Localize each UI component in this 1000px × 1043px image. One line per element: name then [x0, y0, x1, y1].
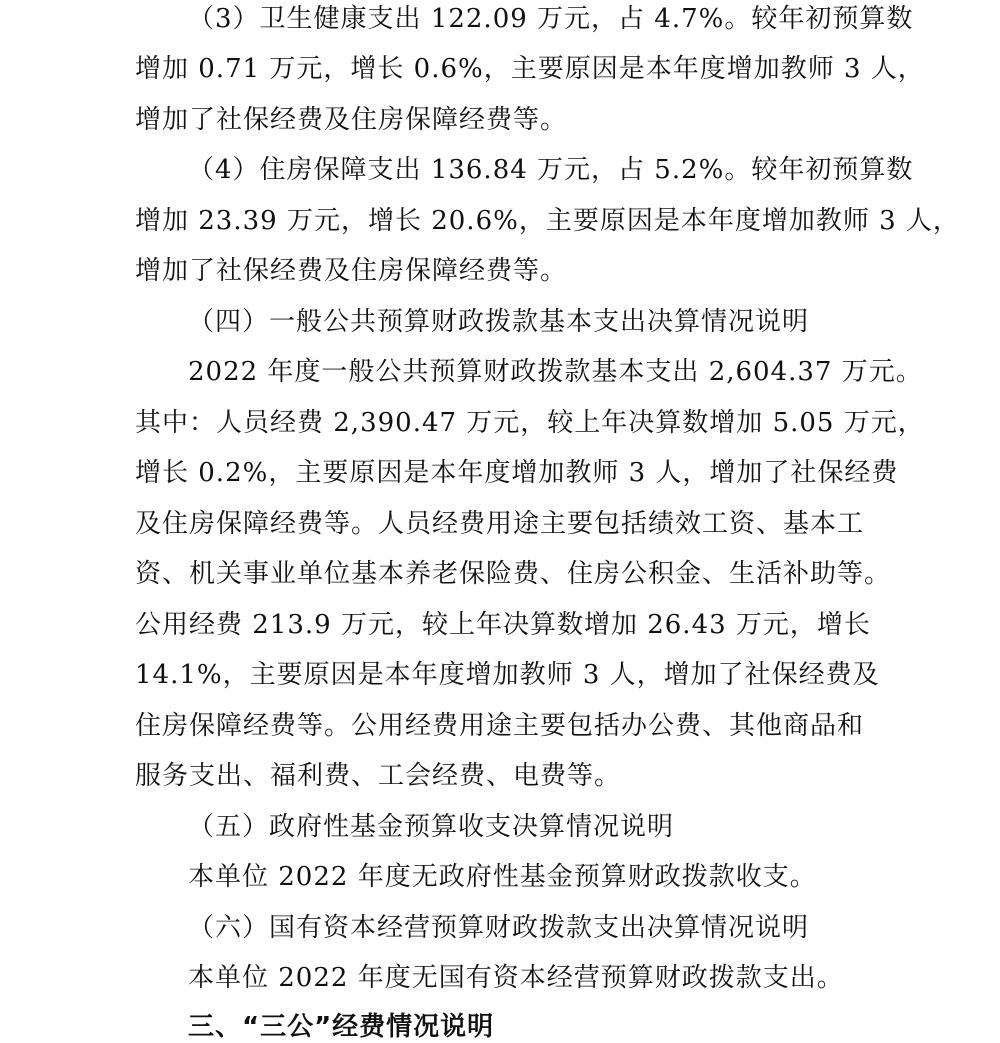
subsection-heading: （六）国有资本经营预算财政拨款支出决算情况说明: [188, 911, 809, 945]
paragraph-line: 住房保障经费等。公用经费用途主要包括办公费、其他商品和: [135, 709, 864, 743]
paragraph-line: 其中：人员经费 2,390.47 万元，较上年决算数增加 5.05 万元，: [135, 406, 925, 440]
paragraph-line: 服务支出、福利费、工会经费、电费等。: [135, 759, 621, 793]
subsection-heading: （五）政府性基金预算收支决算情况说明: [188, 810, 674, 844]
paragraph-line: 增加了社保经费及住房保障经费等。: [135, 103, 567, 137]
paragraph-line: 增长 0.2%，主要原因是本年度增加教师 3 人，增加了社保经费: [135, 456, 898, 490]
paragraph-line: 增加 23.39 万元，增长 20.6%，主要原因是本年度增加教师 3 人，: [135, 204, 960, 238]
section-heading: 三、“三公”经费情况说明: [188, 1010, 494, 1043]
paragraph-line: 公用经费 213.9 万元，较上年决算数增加 26.43 万元，增长: [135, 608, 871, 642]
paragraph-line: 本单位 2022 年度无政府性基金预算财政拨款收支。: [188, 860, 817, 894]
paragraph-line: 14.1%，主要原因是本年度增加教师 3 人，增加了社保经费及: [135, 658, 880, 692]
paragraph-line: 资、机关事业单位基本养老保险费、住房公积金、生活补助等。: [135, 557, 891, 591]
paragraph-line: 2022 年度一般公共预算财政拨款基本支出 2,604.37 万元。: [188, 355, 923, 389]
paragraph-line: 本单位 2022 年度无国有资本经营预算财政拨款支出。: [188, 961, 844, 995]
paragraph-line: 增加 0.71 万元，增长 0.6%，主要原因是本年度增加教师 3 人，: [135, 52, 925, 86]
paragraph-line: （3）卫生健康支出 122.09 万元，占 4.7%。较年初预算数: [188, 2, 913, 36]
paragraph-line: （4）住房保障支出 136.84 万元，占 5.2%。较年初预算数: [188, 153, 913, 187]
subsection-heading: （四）一般公共预算财政拨款基本支出决算情况说明: [188, 305, 809, 339]
paragraph-line: 及住房保障经费等。人员经费用途主要包括绩效工资、基本工: [135, 507, 864, 541]
paragraph-line: 增加了社保经费及住房保障经费等。: [135, 254, 567, 288]
